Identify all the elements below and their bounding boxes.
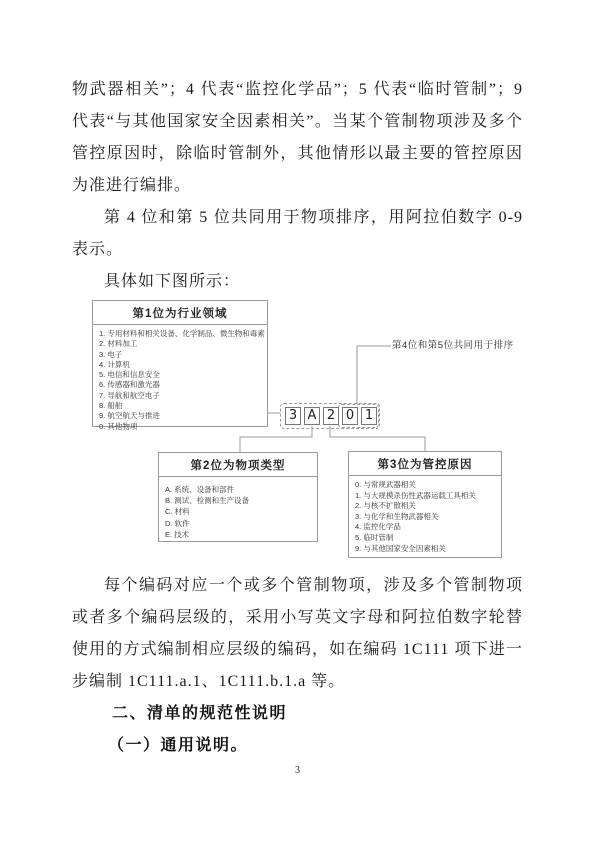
list-item: C. 材料 <box>165 506 315 517</box>
list-item: 9. 与其他国家安全因素相关 <box>355 544 499 555</box>
list-item: 3. 与化学和生物武器相关 <box>355 512 499 523</box>
code-char-box: 2 <box>323 407 339 425</box>
list-item: 2. 材料加工 <box>99 339 265 349</box>
paragraph-coding-levels: 每个编码对应一个或多个管制物项，涉及多个管制物项或者多个编码层级的，采用小写英文… <box>72 570 523 698</box>
paragraph-control-reasons: 物武器相关”；4 代表“监控化学品”；5 代表“临时管制”；9 代表“与其他国家… <box>72 74 523 202</box>
list-item: 5. 电信和信息安全 <box>99 370 265 380</box>
list-item: 0. 其他物项 <box>99 422 265 432</box>
list-item: 4. 监控化学品 <box>355 522 499 533</box>
code-char-box: 0 <box>342 407 358 425</box>
list-item: D. 软件 <box>165 518 315 529</box>
industry-field-box: 第1位为行业领域 1. 专用材料和相关设备、化学制品、微生物和毒素 2. 材料加… <box>92 300 268 427</box>
list-item: 8. 船舶 <box>99 401 265 411</box>
subsection-heading: （一）通用说明。 <box>108 730 523 762</box>
list-item: 3. 电子 <box>99 350 265 360</box>
list-item: E. 技术 <box>165 529 315 540</box>
item-type-box-title: 第2位为物项类型 <box>159 453 317 477</box>
industry-field-list: 1. 专用材料和相关设备、化学制品、微生物和毒素 2. 材料加工 3. 电子 4… <box>93 325 267 432</box>
list-item: 0. 与常规武器相关 <box>355 480 499 491</box>
code-char-box: 3 <box>285 407 301 425</box>
list-item: 6. 传感器和激光器 <box>99 380 265 390</box>
list-item: B. 测试、检测和生产设备 <box>165 495 315 506</box>
list-item: 5. 临时管制 <box>355 533 499 544</box>
control-reason-box: 第3位为管控原因 0. 与常规武器相关 1. 与大规模杀伤性武器运载工具相关 2… <box>348 451 502 558</box>
code-char-box: A <box>304 407 320 425</box>
page-number: 3 <box>0 765 595 776</box>
industry-field-box-title: 第1位为行业领域 <box>93 301 267 325</box>
document-page: 物武器相关”；4 代表“监控化学品”；5 代表“临时管制”；9 代表“与其他国家… <box>0 0 595 841</box>
list-item: 2. 与核不扩散相关 <box>355 501 499 512</box>
list-item: 7. 导航和航空电子 <box>99 391 265 401</box>
control-reason-box-title: 第3位为管控原因 <box>349 452 501 476</box>
connector-label-to-code <box>357 346 391 404</box>
connector-code-to-box3 <box>330 426 425 451</box>
list-item: 1. 专用材料和相关设备、化学制品、微生物和毒素 <box>99 329 265 339</box>
sort-positions-label: 第4位和第5位共同用于排序 <box>392 340 514 351</box>
paragraph-sorting-digits: 第 4 位和第 5 位共同用于物项排序，用阿拉伯数字 0-9 表示。 <box>72 202 523 266</box>
control-reason-list: 0. 与常规武器相关 1. 与大规模杀伤性武器运载工具相关 2. 与核不扩散相关… <box>349 476 501 554</box>
item-type-box: 第2位为物项类型 A. 系统、设备和部件 B. 测试、检测和生产设备 C. 材料… <box>158 452 318 542</box>
body-text-top: 物武器相关”；4 代表“监控化学品”；5 代表“临时管制”；9 代表“与其他国家… <box>0 0 595 298</box>
list-item: 1. 与大规模杀伤性武器运载工具相关 <box>355 491 499 502</box>
list-item: 9. 航空航天与推进 <box>99 411 265 421</box>
list-item: A. 系统、设备和部件 <box>165 484 315 495</box>
body-text-bottom: 每个编码对应一个或多个管制物项，涉及多个管制物项或者多个编码层级的，采用小写英文… <box>0 570 595 762</box>
item-type-list: A. 系统、设备和部件 B. 测试、检测和生产设备 C. 材料 D. 软件 E.… <box>159 477 317 540</box>
list-item: 4. 计算机 <box>99 360 265 370</box>
code-char-box: 1 <box>361 407 377 425</box>
paragraph-figure-intro: 具体如下图所示： <box>72 266 523 298</box>
section-heading: 二、清单的规范性说明 <box>112 698 523 730</box>
coding-structure-diagram: 第1位为行业领域 1. 专用材料和相关设备、化学制品、微生物和毒素 2. 材料加… <box>0 298 595 563</box>
